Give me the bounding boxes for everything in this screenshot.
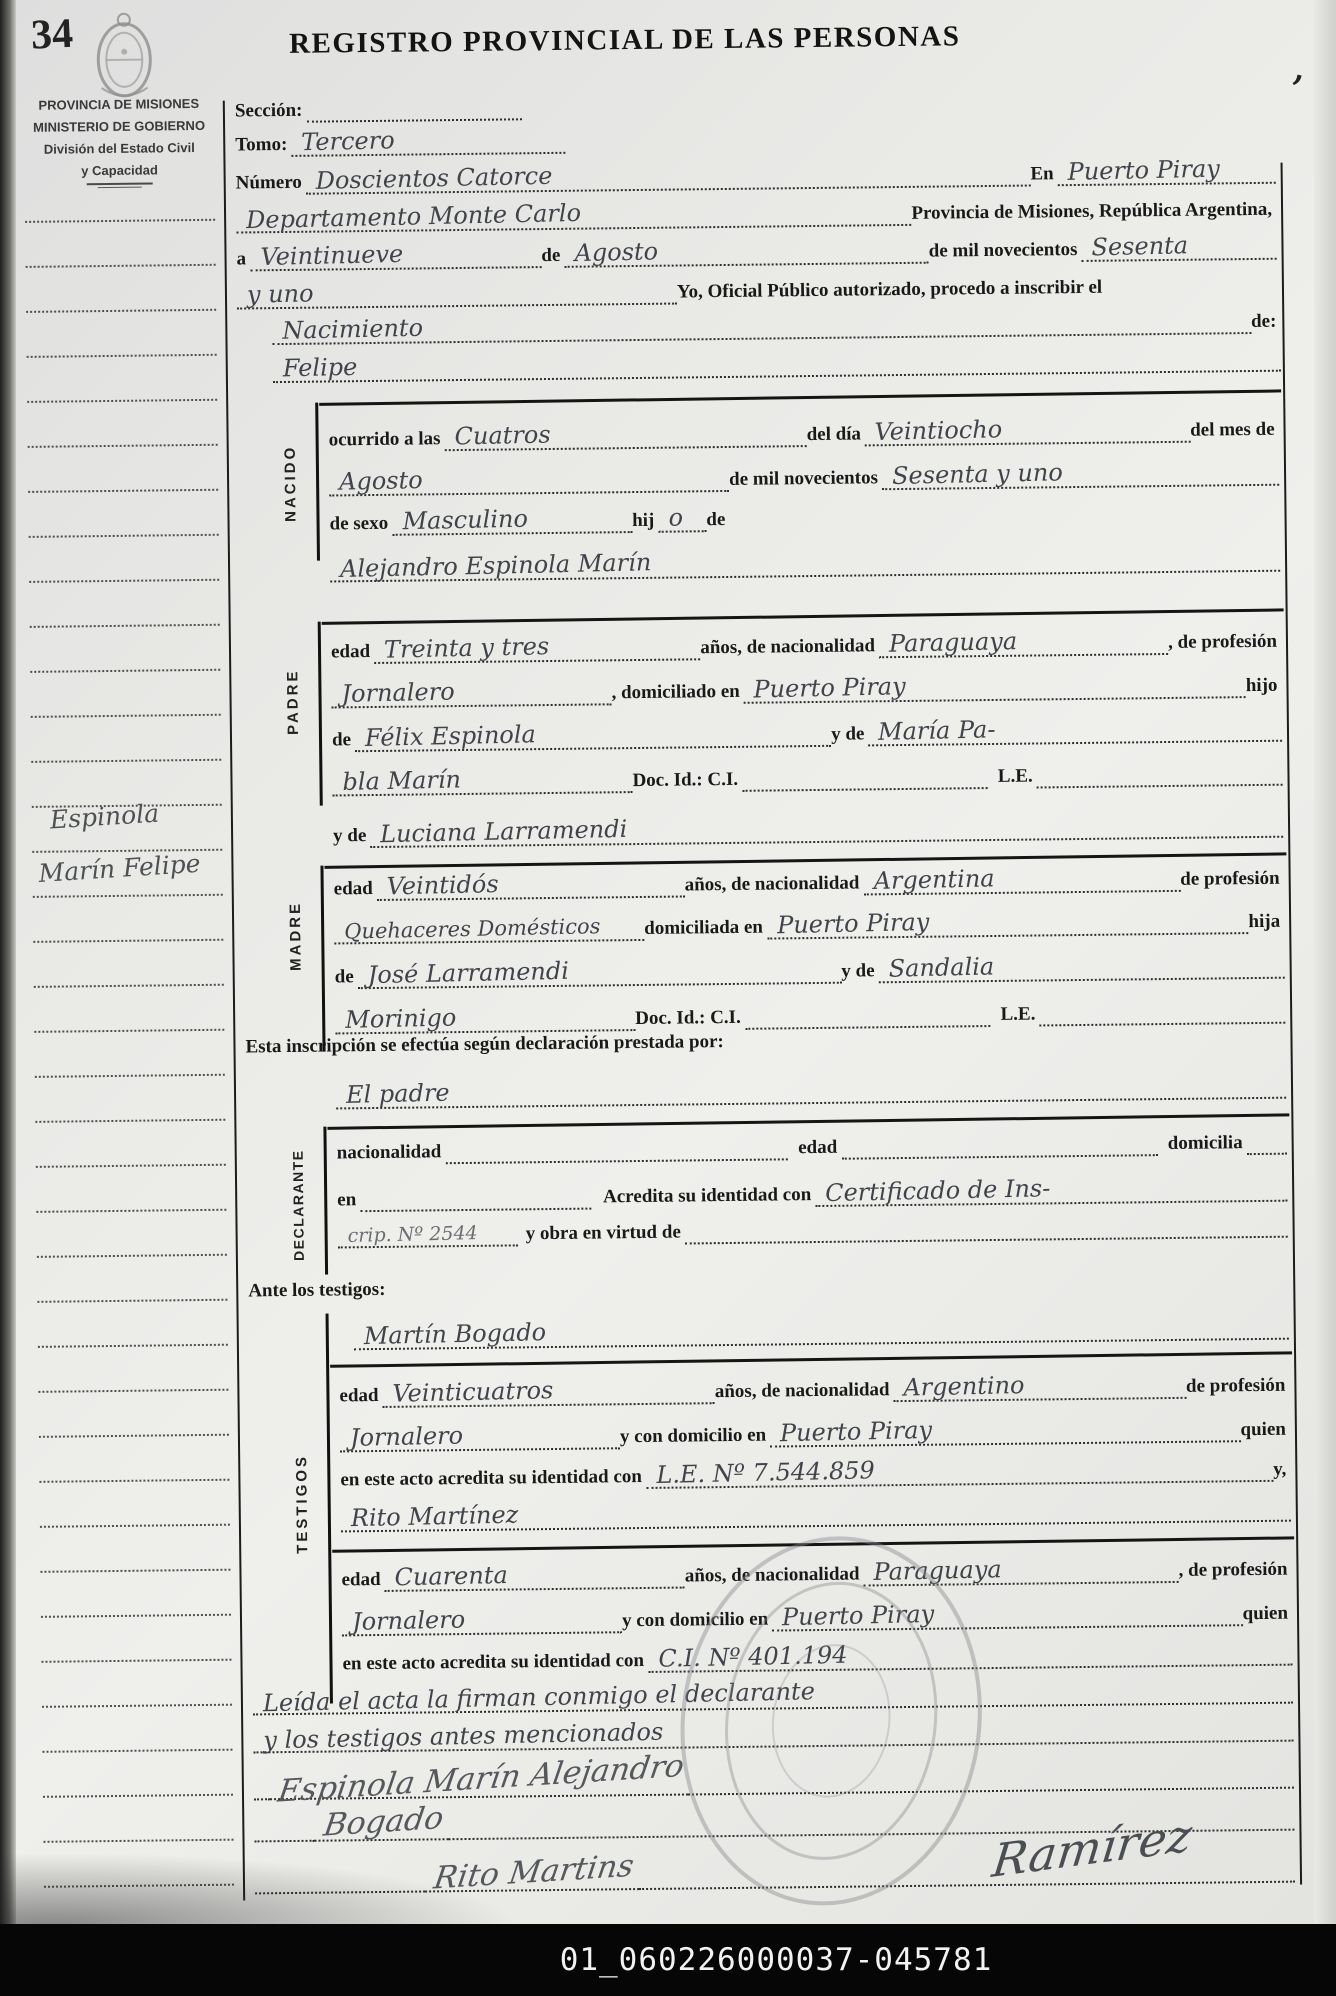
anio-nac-line: Sesenta y uno: [882, 459, 1279, 491]
field-declarante-quien: El padre: [336, 1072, 1286, 1110]
tomo-value: Tercero: [291, 128, 401, 155]
field-numero: Número Doscientos Catorce En Puerto Pira…: [236, 157, 1276, 196]
padre-domicilio-label: , domiciliado en: [611, 681, 744, 705]
margin-line: [30, 669, 220, 673]
stray-ink-mark: ’: [1283, 66, 1307, 119]
madre-yde-label: y de: [333, 825, 371, 848]
field-testigo1-identidad: en este acto acredita su identidad con L…: [340, 1455, 1290, 1493]
section-label-nacido: NACIDO: [281, 424, 299, 542]
abuela-paterna-value-2: bla Marín: [332, 767, 467, 795]
firma-testigo1: Bogado: [311, 1803, 451, 1844]
margin-line: [42, 1704, 232, 1708]
margin-line: [31, 714, 221, 718]
field-padre-nombre: Alejandro Espinola Marín: [330, 545, 1280, 583]
madre-edad-value: Veintidós: [377, 872, 505, 900]
field-madre-abuelos: de José Larramendi y de Sandalia: [335, 952, 1285, 990]
padre-ci-blank: [742, 783, 988, 792]
declarante-domicilia-blank: [1247, 1149, 1287, 1155]
abuela-materna-value-1: Sandalia: [878, 954, 1000, 982]
margin-line: [30, 624, 220, 628]
testigo1-domicilio-value: Puerto Piray: [770, 1418, 939, 1447]
office-underline-2: [98, 187, 142, 188]
testigo1-domicilio-label: y con domicilio en: [620, 1425, 770, 1450]
padre-hijo-label: hijo: [1246, 675, 1282, 698]
section-label-declarante: DECLARANTE: [289, 1132, 307, 1278]
margin-line: [33, 894, 223, 898]
field-testigo1-prof-dom: Jornalero y con domicilio en Puerto Pira…: [340, 1415, 1290, 1453]
de-colon-label: de:: [1251, 311, 1281, 334]
testigo1-nacionalidad-value: Argentino: [893, 1373, 1031, 1401]
testigo1-nombre-line: Martín Bogado: [354, 1313, 1289, 1351]
testigo1-profesion-line: Jornalero: [340, 1422, 620, 1452]
abuela-paterna-line: María Pa-: [868, 715, 1282, 747]
section-rule-padre: [322, 608, 1284, 624]
declarante-nacionalidad-blank: [445, 1154, 788, 1164]
field-nombre-inscripto: Felipe: [273, 345, 1281, 383]
abuelo-materno-value: José Larramendi: [357, 959, 575, 989]
declarante-nacionalidad-label: nacionalidad: [337, 1141, 446, 1165]
margin-line: [39, 1479, 229, 1483]
mes-nac-line: Agosto: [329, 465, 729, 497]
madre-yde2-label: y de: [841, 960, 879, 983]
padre-profesion-value: Jornalero: [331, 679, 461, 707]
de-label: de: [541, 245, 564, 268]
abuela-paterna-value-1: María Pa-: [868, 717, 1002, 745]
acredita-line-2: crip. Nº 2544: [338, 1224, 518, 1248]
anio-nac-value: Sesenta y uno: [882, 460, 1069, 489]
margin-line: [34, 1029, 224, 1033]
field-hora-dia: ocurrido a las Cuatros del día Veintioch…: [328, 415, 1278, 453]
padre-le-blank: [1037, 780, 1283, 789]
ante-testigos-label: Ante los testigos:: [248, 1279, 389, 1303]
field-padre-prof-dom: Jornalero , domiciliado en Puerto Piray …: [331, 671, 1281, 709]
testigo1-edad-label: edad: [339, 1385, 382, 1408]
testigo1-edad-line: Veinticuatros: [382, 1377, 715, 1408]
margin-line: [44, 1839, 234, 1843]
hij-suffix-line: o: [658, 505, 706, 533]
padre-yde-label: y de: [831, 724, 869, 747]
office-line-2: MINISTERIO DE GOBIERNO: [18, 115, 220, 139]
testigo1-domicilio-line: Puerto Piray: [770, 1415, 1241, 1447]
section-bracket-nacido: [315, 403, 320, 561]
acredita-value-1: Certificado de Ins-: [815, 1176, 1057, 1206]
margin-line: [42, 1749, 232, 1753]
margin-line: [34, 984, 224, 988]
margin-line: [28, 489, 218, 493]
scan-id: 01_060226000037-045781: [560, 1942, 993, 1978]
madre-nacionalidad-line: Argentina: [863, 865, 1180, 896]
en-label: En: [1030, 163, 1058, 186]
field-testigo1-nombre: Martín Bogado: [354, 1313, 1289, 1351]
declarante-quien-value: El padre: [336, 1080, 456, 1108]
madre-profesion-label: de profesión: [1180, 868, 1284, 892]
field-testigo1-edad-nac: edad Veinticuatros años, de nacionalidad…: [339, 1371, 1289, 1409]
acredita-value-2: crip. Nº 2544: [337, 1224, 483, 1247]
field-fecha-acta: a Veintinueve de Agosto de mil novecient…: [236, 233, 1276, 272]
acredita-label: Acredita su identidad con: [591, 1184, 815, 1209]
padre-profesion-label: , de profesión: [1168, 631, 1281, 655]
document-sheet: 34 REGISTRO PROVINCIAL DE LAS PERSONAS P…: [0, 0, 1336, 1996]
numero-line: Doscientos Catorce: [306, 160, 1031, 195]
madre-nombre-value: Luciana Larramendi: [370, 817, 634, 848]
document-title: REGISTRO PROVINCIAL DE LAS PERSONAS: [289, 20, 949, 60]
lugar-value: Puerto Piray: [1057, 156, 1226, 185]
field-acto: Nacimiento de:: [272, 307, 1280, 345]
padre-nacionalidad-value: Paraguaya: [879, 629, 1024, 657]
section-bracket-padre: [318, 622, 323, 806]
coat-of-arms-emblem: [87, 7, 162, 106]
testigo1-id-value: L.E. Nº 7.544.859: [646, 1458, 881, 1488]
abuela-materna-line-2: Morinigo: [335, 1004, 635, 1034]
padre-nacionalidad-line: Paraguaya: [879, 628, 1168, 658]
field-declarante-identidad: en Acredita su identidad con Certificado…: [337, 1175, 1287, 1213]
abuelo-paterno-line: Félix Espinola: [355, 720, 831, 752]
madre-le-label: L.E.: [990, 1004, 1039, 1027]
section-rule-testigo1: [330, 1351, 1292, 1367]
madre-de-label: de: [335, 966, 358, 989]
margin-line: [40, 1524, 230, 1528]
field-padre-abuelos: de Félix Espinola y de María Pa-: [332, 715, 1282, 753]
madre-profesion-line: Quehaceres Domésticos: [334, 917, 644, 945]
anio-value-2: y uno: [237, 281, 320, 308]
padre-doc-label: Doc. Id.: C.I.: [632, 769, 742, 793]
declarante-en-label: en: [337, 1189, 360, 1212]
padre-domicilio-value: Puerto Piray: [743, 674, 912, 703]
firma-declarante: Espinola Marín Alejandro: [266, 1751, 693, 1810]
margin-line: [27, 399, 217, 403]
margin-line: [33, 939, 223, 943]
testigo1-nombre-value: Martín Bogado: [354, 1320, 553, 1349]
margin-line: [26, 264, 216, 268]
madre-edad-line: Veintidós: [377, 870, 685, 900]
mes-value: Agosto: [564, 239, 664, 266]
margin-line: [41, 1659, 231, 1663]
margin-line: [26, 309, 216, 313]
margin-line: [27, 354, 217, 358]
sexo-value: Masculino: [392, 506, 534, 534]
field-tomo: Tomo: Tercero: [235, 127, 565, 158]
padre-edad-value: Treinta y tres: [374, 634, 556, 663]
testigo2-edad-label: edad: [341, 1569, 384, 1592]
firma-declarante-line: Espinola Marín Alejandro: [270, 1762, 688, 1801]
abuela-materna-value-2: Morinigo: [335, 1005, 463, 1033]
acto-value: Nacimiento: [272, 316, 429, 344]
abuela-paterna-line-2: bla Marín: [332, 766, 632, 796]
madre-domicilio-label: domiciliada en: [644, 917, 767, 941]
margin-line: [36, 1164, 226, 1168]
margin-line: [37, 1299, 227, 1303]
hora-value: Cuatros: [444, 422, 557, 449]
obra-label: y obra en virtud de: [518, 1222, 685, 1247]
madre-nacionalidad-value: Argentina: [863, 866, 1000, 894]
provincia-label: Provincia de Misiones, República Argenti…: [911, 199, 1276, 226]
hij-suffix-value: o: [658, 505, 689, 531]
testigo1-anios-label: años, de nacionalidad: [715, 1379, 894, 1404]
firma-testigo1-line: Bogado: [314, 1806, 449, 1842]
testigo2-edad-line: Cuarenta: [384, 1562, 684, 1592]
margin-line: [35, 1074, 225, 1078]
padre-edad-line: Treinta y tres: [374, 633, 700, 664]
office-underline: [87, 183, 153, 186]
testigo2-profesion-line: Jornalero: [342, 1606, 622, 1636]
abuelo-materno-line: José Larramendi: [358, 957, 842, 989]
padre-de-label: de: [332, 729, 355, 752]
numero-value: Doscientos Catorce: [306, 164, 559, 195]
section-label-testigos: TESTIGOS: [293, 1428, 312, 1580]
abuela-materna-line: Sandalia: [878, 952, 1284, 984]
margin-line: [43, 1794, 233, 1798]
madre-profesion-value: Quehaceres Domésticos: [334, 916, 607, 944]
seccion-blank-line: [307, 114, 522, 122]
field-anio2-oficial: y uno Yo, Oficial Público autorizado, pr…: [237, 271, 1280, 310]
margin-line: [38, 1389, 228, 1393]
dia-nac-line: Veintiocho: [865, 416, 1190, 447]
madre-edad-label: edad: [334, 878, 377, 901]
margin-line: [25, 219, 215, 223]
margin-ruled-lines: [25, 219, 234, 1901]
section-rule-nacido: [319, 389, 1281, 405]
dia-line: Veintinueve: [250, 241, 542, 271]
margin-line: [29, 579, 219, 583]
scan-footer-bar: 01_060226000037-045781: [0, 1924, 1336, 1996]
field-seccion: Sección:: [235, 97, 535, 123]
margin-line: [38, 1344, 228, 1348]
madre-domicilio-value: Puerto Piray: [767, 910, 936, 939]
testigo1-id-line: L.E. Nº 7.544.859: [646, 1455, 1274, 1489]
tomo-line: Tercero: [291, 127, 565, 157]
nombre-value: Felipe: [273, 355, 364, 382]
office-line-3: División del Estado Civil: [18, 137, 220, 161]
anio2-line: y uno: [237, 278, 677, 310]
testigo1-profesion-label: de profesión: [1186, 1375, 1290, 1399]
official-seal-stamp: [664, 1524, 998, 1918]
field-padre-doc: bla Marín Doc. Id.: C.I. L.E.: [332, 759, 1282, 797]
padre-nombre-value: Alejandro Espinola Marín: [330, 550, 658, 582]
testigo2-profesion-value: Jornalero: [342, 1607, 472, 1635]
declarante-quien-line: El padre: [336, 1072, 1286, 1110]
padre-profesion-line: Jornalero: [331, 678, 611, 708]
testigo1-nacionalidad-line: Argentino: [893, 1372, 1186, 1402]
padre-nombre-line: Alejandro Espinola Marín: [330, 545, 1280, 583]
madre-hija-label: hija: [1248, 911, 1284, 934]
field-departamento: Departamento Monte Carlo Provincia de Mi…: [236, 195, 1276, 234]
issuing-office-block: PROVINCIA DE MISIONES MINISTERIO DE GOBI…: [18, 93, 221, 190]
de-hijo-label: de: [706, 509, 729, 532]
nombre-line: Felipe: [273, 345, 1281, 383]
madre-nombre-line: Luciana Larramendi: [370, 811, 1283, 848]
field-declarante-obra: crip. Nº 2544 y obra en virtud de: [338, 1215, 1288, 1249]
field-padre-edad-nac: edad Treinta y tres años, de nacionalida…: [331, 627, 1281, 665]
madre-doc-label: Doc. Id.: C.I.: [635, 1007, 745, 1031]
margin-line: [31, 759, 221, 763]
field-ante-testigos: Ante los testigos:: [248, 1276, 648, 1303]
field-madre-prof-dom: Quehaceres Domésticos domiciliada en Pue…: [334, 907, 1284, 945]
field-madre-edad-nac: edad Veintidós años, de nacionalidad Arg…: [334, 864, 1284, 902]
departamento-line: Departamento Monte Carlo: [236, 199, 912, 234]
section-label-padre: PADRE: [284, 652, 302, 752]
declarante-en-blank: [360, 1204, 591, 1213]
testigo1-quien-label: quien: [1240, 1419, 1290, 1442]
margin-line: [36, 1209, 226, 1213]
page-number: 34: [30, 10, 74, 60]
margin-line: [40, 1569, 230, 1573]
field-madre-nombre: y de Luciana Larramendi: [333, 811, 1283, 849]
mes-nac-value: Agosto: [329, 468, 429, 495]
declarante-domicilia-label: domicilia: [1158, 1132, 1247, 1156]
departamento-value: Departamento Monte Carlo: [236, 201, 587, 234]
section-bracket-madre: [320, 866, 325, 1052]
testigo2-id-label: en este acto acredita su identidad con: [342, 1650, 648, 1676]
acredita-line: Certificado de Ins-: [815, 1175, 1287, 1207]
field-declarante-datos: nacionalidad edad domicilia: [337, 1132, 1287, 1166]
mes-line: Agosto: [564, 237, 929, 268]
testigo1-profesion-value: Jornalero: [340, 1423, 470, 1451]
deldia-label: del día: [807, 424, 866, 448]
hora-line: Cuatros: [444, 420, 806, 451]
demil-nac-label: de mil novecientos: [729, 467, 882, 492]
margin-line: [35, 1119, 225, 1123]
numero-label: Número: [236, 172, 306, 196]
dia-nac-value: Veintiocho: [865, 417, 1009, 445]
ocurrido-label: ocurrido a las: [329, 428, 445, 452]
section-bracket-testigos: [326, 1314, 333, 1704]
delmes-label: del mes de: [1190, 419, 1279, 443]
anio-value-1: Sesenta: [1081, 233, 1194, 260]
testigo2-quien-label: quien: [1242, 1603, 1292, 1626]
declarante-edad-label: edad: [788, 1137, 841, 1160]
section-bracket-declarante: [323, 1127, 328, 1275]
obra-blank: [685, 1232, 1288, 1245]
abuelo-paterno-value: Félix Espinola: [355, 722, 542, 751]
section-rule-declarante: [327, 1113, 1289, 1129]
declarante-edad-blank: [841, 1150, 1158, 1160]
demil-label: de mil novecientos: [929, 239, 1082, 264]
seccion-label: Sección:: [235, 100, 307, 124]
office-line-4: y Capacidad: [18, 159, 220, 183]
testigo2-profesion-label: , de profesión: [1178, 1559, 1291, 1583]
margin-line: [28, 444, 218, 448]
section-label-madre: MADRE: [287, 888, 305, 984]
sexo-label: de sexo: [329, 513, 392, 537]
testigo2-edad-value: Cuarenta: [384, 1563, 514, 1591]
declaracion-intro-label: Esta inscripción se efectúa según declar…: [245, 1031, 728, 1059]
testigo2-nombre-value: Rito Martínez: [341, 1502, 525, 1531]
tomo-label: Tomo:: [235, 134, 291, 157]
padre-anios-label: años, de nacionalidad: [700, 635, 879, 660]
madre-le-blank: [1039, 1018, 1285, 1027]
field-mes-anio-nac: Agosto de mil novecientos Sesenta y uno: [329, 459, 1279, 497]
margin-line: [39, 1434, 229, 1438]
acto-line: Nacimiento: [272, 307, 1251, 345]
padre-le-label: L.E.: [988, 766, 1037, 789]
madre-anios-label: años, de nacionalidad: [685, 873, 864, 898]
a-label: a: [236, 249, 250, 272]
dia-value: Veintinueve: [250, 242, 409, 270]
hij-label: hij: [632, 510, 658, 533]
padre-domicilio-line: Puerto Piray: [744, 671, 1246, 704]
field-madre-doc: Morinigo Doc. Id.: C.I. L.E.: [335, 997, 1285, 1035]
margin-line: [41, 1614, 231, 1618]
testigo1-y-label: y,: [1273, 1459, 1290, 1482]
madre-domicilio-line: Puerto Piray: [767, 907, 1249, 939]
padre-edad-label: edad: [331, 641, 374, 664]
cierre-texto-2: y los testigos antes mencionados: [253, 1720, 669, 1754]
field-sexo: de sexo Masculino hij o de: [329, 502, 949, 536]
page-curl-shadow: [0, 1852, 520, 1926]
testigo1-id-label: en este acto acredita su identidad con: [340, 1466, 646, 1492]
office-line-1: PROVINCIA DE MISIONES: [18, 93, 220, 117]
lugar-line: Puerto Piray: [1057, 157, 1275, 186]
margin-line: [29, 534, 219, 538]
sexo-line: Masculino: [392, 506, 632, 536]
oficial-label: Yo, Oficial Público autorizado, procedo …: [677, 277, 1106, 305]
anio-line: Sesenta: [1081, 233, 1276, 262]
testigo1-edad-value: Veinticuatros: [382, 1378, 559, 1407]
margin-line: [37, 1254, 227, 1258]
